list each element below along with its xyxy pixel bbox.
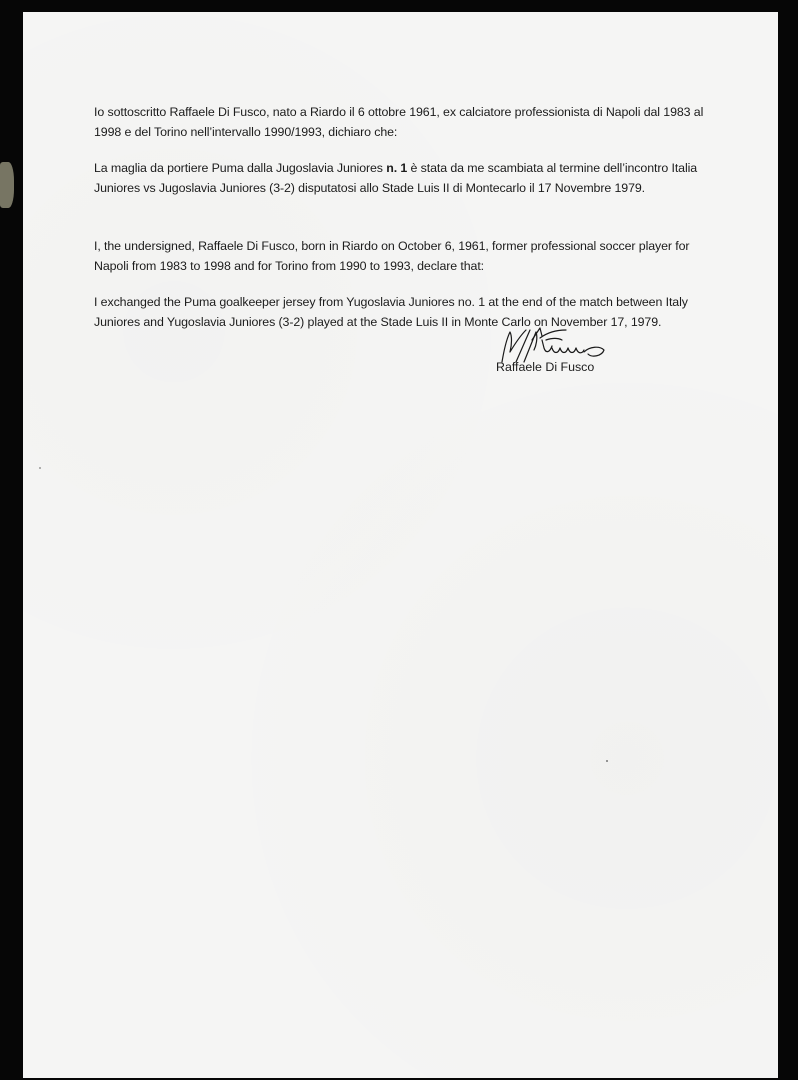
paper-speck	[39, 467, 41, 469]
paper-speck	[606, 760, 608, 762]
scanned-page: Io sottoscritto Raffaele Di Fusco, nato …	[0, 0, 798, 1080]
english-intro-paragraph: I, the undersigned, Raffaele Di Fusco, b…	[94, 236, 724, 276]
signature-block: Raffaele Di Fusco	[496, 326, 656, 386]
italian-intro-paragraph: Io sottoscritto Raffaele Di Fusco, nato …	[94, 102, 724, 142]
italian-statement-paragraph: La maglia da portiere Puma dalla Jugosla…	[94, 158, 724, 198]
italian-statement-text-1: La maglia da portiere Puma dalla Jugosla…	[94, 161, 386, 175]
tape-residue-mark	[0, 162, 14, 208]
declaration-body: Io sottoscritto Raffaele Di Fusco, nato …	[94, 102, 724, 332]
jersey-number: n. 1	[386, 161, 407, 175]
signatory-name: Raffaele Di Fusco	[496, 360, 594, 374]
